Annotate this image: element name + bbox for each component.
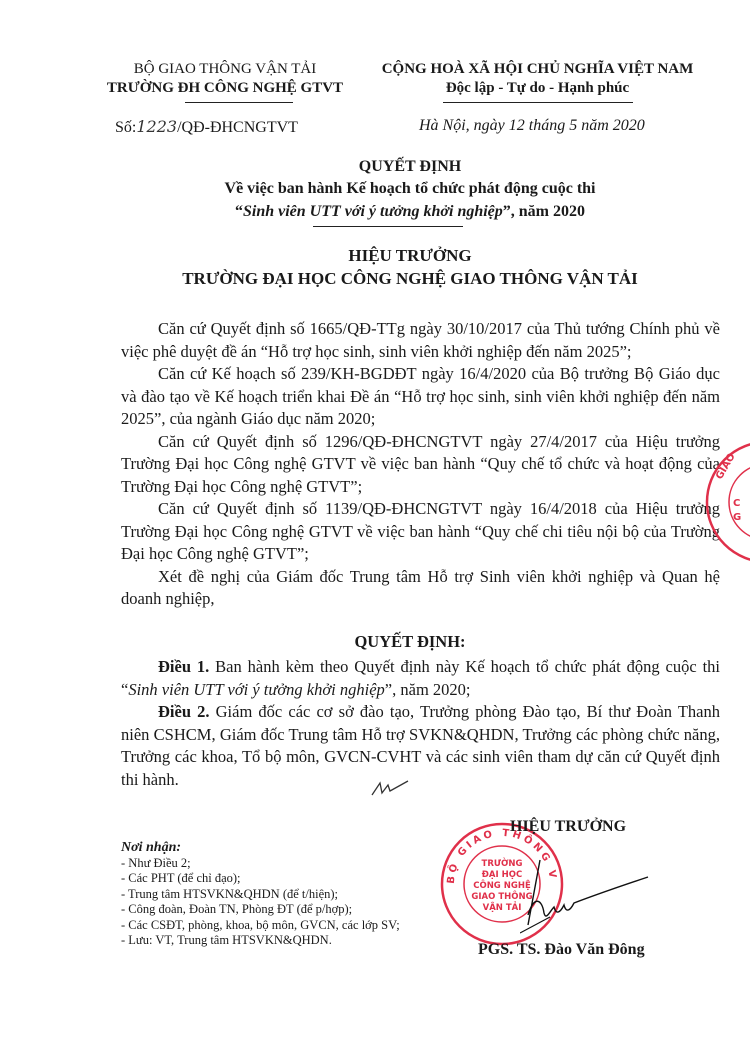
- preamble-paragraph: Căn cứ Quyết định số 1296/QĐ-ĐHCNGTVT ng…: [121, 431, 720, 499]
- recipient-item: - Trung tâm HTSVKN&QHDN (để t/hiện);: [121, 887, 400, 903]
- svg-text:VẬN TẢI: VẬN TẢI: [483, 901, 522, 913]
- national-title-block: CỘNG HOÀ XÃ HỘI CHỦ NGHĨA VIỆT NAM Độc l…: [365, 60, 710, 98]
- initial-mark-icon: [370, 777, 410, 799]
- date-suffix: tháng 5 năm 2020: [525, 117, 645, 134]
- document-date: Hà Nội, ngày 12 tháng 5 năm 2020: [419, 117, 645, 135]
- recipient-item: - Công đoàn, Đoàn TN, Phòng ĐT (để p/hợp…: [121, 902, 400, 918]
- recipient-item: - Các CSĐT, phòng, khoa, bộ môn, GVCN, c…: [121, 918, 400, 934]
- articles: Điều 1. Ban hành kèm theo Quyết định này…: [121, 656, 720, 791]
- subject-line-1: Về việc ban hành Kế hoạch tổ chức phát đ…: [100, 180, 720, 198]
- number-suffix: /QĐ-ĐHCNGTVT: [177, 119, 298, 136]
- svg-text:C: C: [733, 498, 740, 509]
- svg-text:ĐẠI HỌC: ĐẠI HỌC: [482, 870, 522, 880]
- svg-text:G: G: [733, 512, 741, 523]
- handwritten-day: 12: [509, 117, 525, 134]
- recipient-item: - Lưu: VT, Trung tâm HTSVKN&QHDN.: [121, 933, 400, 949]
- authority-org: TRƯỜNG ĐẠI HỌC CÔNG NGHỆ GIAO THÔNG VẬN …: [100, 269, 720, 289]
- article-text: ”, năm 2020;: [385, 680, 471, 699]
- signer-name: PGS. TS. Đào Văn Đông: [478, 941, 645, 959]
- authority-title: HIỆU TRƯỞNG: [100, 246, 720, 266]
- handwritten-number: 1223: [136, 117, 177, 136]
- preamble-paragraph: Xét đề nghị của Giám đốc Trung tâm Hỗ tr…: [121, 566, 720, 611]
- national-motto: Độc lập - Tự do - Hạnh phúc: [365, 79, 710, 98]
- preamble-paragraph: Căn cứ Kế hoạch số 239/KH-BGDĐT ngày 16/…: [121, 363, 720, 431]
- document-number: Số:1223/QĐ-ĐHCNGTVT: [115, 117, 298, 137]
- number-label: Số:: [115, 119, 136, 136]
- recipients-title: Nơi nhận:: [121, 840, 400, 856]
- subject-suffix: ”, năm 2020: [503, 203, 585, 220]
- article-label: Điều 2.: [158, 702, 210, 721]
- preamble-paragraph: Căn cứ Quyết định số 1665/QĐ-TTg ngày 30…: [121, 318, 720, 363]
- article-label: Điều 1.: [158, 657, 209, 676]
- divider: [313, 226, 463, 227]
- partial-seal-icon: GIAO C G: [705, 440, 750, 564]
- date-prefix: Hà Nội, ngày: [419, 117, 509, 134]
- subject-line-2: “Sinh viên UTT với ý tưởng khởi nghiệp”,…: [100, 203, 720, 221]
- ministry-name: BỘ GIAO THÔNG VẬN TẢI: [100, 60, 350, 79]
- issuing-agency-block: BỘ GIAO THÔNG VẬN TẢI TRƯỜNG ĐH CÔNG NGH…: [100, 60, 350, 98]
- document-type: QUYẾT ĐỊNH: [100, 158, 720, 176]
- recipients-block: Nơi nhận: - Như Điều 2; - Các PHT (để ch…: [121, 840, 400, 949]
- handwritten-signature-icon: [520, 855, 650, 935]
- divider: [185, 102, 293, 103]
- country-name: CỘNG HOÀ XÃ HỘI CHỦ NGHĨA VIỆT NAM: [365, 60, 710, 79]
- divider: [443, 102, 633, 103]
- decision-heading: QUYẾT ĐỊNH:: [100, 632, 720, 652]
- preamble: Căn cứ Quyết định số 1665/QĐ-TTg ngày 30…: [121, 318, 720, 611]
- quote-open: “: [235, 203, 243, 220]
- signer-title: HIỆU TRƯỞNG: [510, 818, 626, 836]
- svg-text:TRƯỜNG: TRƯỜNG: [482, 857, 523, 869]
- preamble-paragraph: Căn cứ Quyết định số 1139/QĐ-ĐHCNGTVT ng…: [121, 498, 720, 566]
- school-name: TRƯỜNG ĐH CÔNG NGHỆ GTVT: [100, 79, 350, 98]
- article-1: Điều 1. Ban hành kèm theo Quyết định này…: [121, 656, 720, 701]
- article-2: Điều 2. Giám đốc các cơ sở đào tạo, Trưở…: [121, 701, 720, 791]
- contest-name: Sinh viên UTT với ý tưởng khởi nghiệp: [243, 203, 503, 220]
- recipient-item: - Các PHT (để chỉ đạo);: [121, 871, 400, 887]
- recipient-item: - Như Điều 2;: [121, 856, 400, 872]
- article-text: Giám đốc các cơ sở đào tạo, Trưởng phòng…: [121, 702, 720, 789]
- contest-name: Sinh viên UTT với ý tưởng khởi nghiệp: [128, 680, 384, 699]
